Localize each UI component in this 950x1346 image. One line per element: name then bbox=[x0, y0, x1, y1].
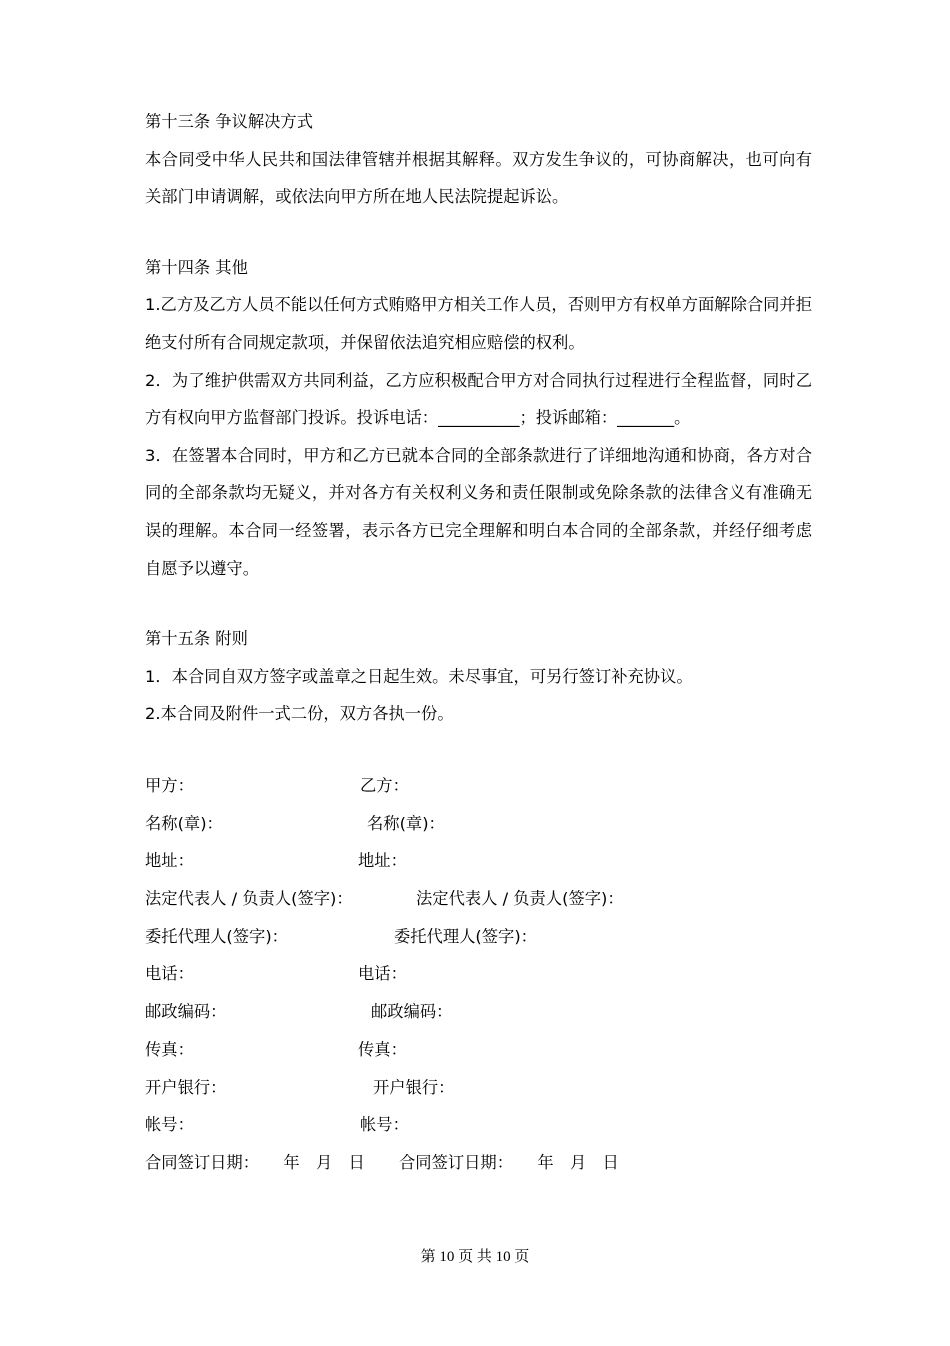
paragraph: 2.本合同及附件一式二份，双方各执一份。 bbox=[145, 695, 812, 733]
signature-row-sign-date: 合同签订日期： 年 月 日合同签订日期： 年 月 日 bbox=[145, 1144, 812, 1182]
address-label-b: 地址： bbox=[358, 851, 407, 870]
account-label-b: 帐号： bbox=[360, 1115, 409, 1134]
legal-rep-label-a: 法定代表人 / 负责人(签字)： bbox=[145, 880, 416, 918]
postcode-label-a: 邮政编码： bbox=[145, 993, 371, 1031]
sign-date-label-a: 合同签订日期： 年 月 日 bbox=[145, 1144, 399, 1182]
signature-row-account: 帐号：帐号： bbox=[145, 1106, 812, 1144]
sign-date-label-b: 合同签订日期： 年 月 日 bbox=[399, 1153, 619, 1172]
postcode-label-b: 邮政编码： bbox=[371, 1002, 452, 1021]
signature-row-name-seal: 名称(章)：名称(章)： bbox=[145, 805, 812, 843]
fax-label-b: 传真： bbox=[358, 1040, 407, 1059]
signature-row-party: 甲方：乙方： bbox=[145, 767, 812, 805]
paragraph: 1．本合同自双方签字或盖章之日起生效。未尽事宜，可另行签订补充协议。 bbox=[145, 658, 812, 696]
address-label-a: 地址： bbox=[145, 842, 358, 880]
name-seal-label-a: 名称(章)： bbox=[145, 805, 367, 843]
document-page: 第十三条 争议解决方式 本合同受中华人民共和国法律管辖并根据其解释。双方发生争议… bbox=[0, 0, 950, 1346]
paragraph: 3．在签署本合同时，甲方和乙方已就本合同的全部条款进行了详细地沟通和协商，各方对… bbox=[145, 437, 812, 587]
legal-rep-label-b: 法定代表人 / 负责人(签字)： bbox=[416, 889, 624, 908]
section-heading-13: 第十三条 争议解决方式 bbox=[145, 103, 812, 141]
signature-row-phone: 电话：电话： bbox=[145, 955, 812, 993]
agent-label-a: 委托代理人(签字)： bbox=[145, 918, 394, 956]
bank-label-a: 开户银行： bbox=[145, 1069, 373, 1107]
account-label-a: 帐号： bbox=[145, 1106, 360, 1144]
signature-row-bank: 开户银行：开户银行： bbox=[145, 1069, 812, 1107]
signature-row-address: 地址：地址： bbox=[145, 842, 812, 880]
party-a-label: 甲方： bbox=[145, 767, 360, 805]
signature-row-agent: 委托代理人(签字)：委托代理人(签字)： bbox=[145, 918, 812, 956]
fax-label-a: 传真： bbox=[145, 1031, 358, 1069]
phone-label-b: 电话： bbox=[358, 964, 407, 983]
signature-block: 甲方：乙方： 名称(章)：名称(章)： 地址：地址： 法定代表人 / 负责人(签… bbox=[145, 767, 812, 1182]
bank-label-b: 开户银行： bbox=[373, 1078, 454, 1097]
signature-row-fax: 传真：传真： bbox=[145, 1031, 812, 1069]
name-seal-label-b: 名称(章)： bbox=[367, 814, 445, 833]
page-number: 第 10 页 共 10 页 bbox=[0, 1246, 950, 1268]
section-heading-14: 第十四条 其他 bbox=[145, 249, 812, 287]
section-heading-15: 第十五条 附则 bbox=[145, 620, 812, 658]
document-content: 第十三条 争议解决方式 本合同受中华人民共和国法律管辖并根据其解释。双方发生争议… bbox=[145, 103, 812, 1182]
signature-row-postcode: 邮政编码：邮政编码： bbox=[145, 993, 812, 1031]
phone-label-a: 电话： bbox=[145, 955, 358, 993]
paragraph: 1.乙方及乙方人员不能以任何方式贿赂甲方相关工作人员，否则甲方有权单方面解除合同… bbox=[145, 286, 812, 361]
signature-row-legal-rep: 法定代表人 / 负责人(签字)：法定代表人 / 负责人(签字)： bbox=[145, 880, 812, 918]
paragraph: 本合同受中华人民共和国法律管辖并根据其解释。双方发生争议的，可协商解决，也可向有… bbox=[145, 141, 812, 216]
agent-label-b: 委托代理人(签字)： bbox=[394, 927, 537, 946]
party-b-label: 乙方： bbox=[360, 776, 409, 795]
paragraph-complaint-contacts: 2．为了维护供需双方共同利益，乙方应积极配合甲方对合同执行过程进行全程监督，同时… bbox=[145, 362, 812, 437]
